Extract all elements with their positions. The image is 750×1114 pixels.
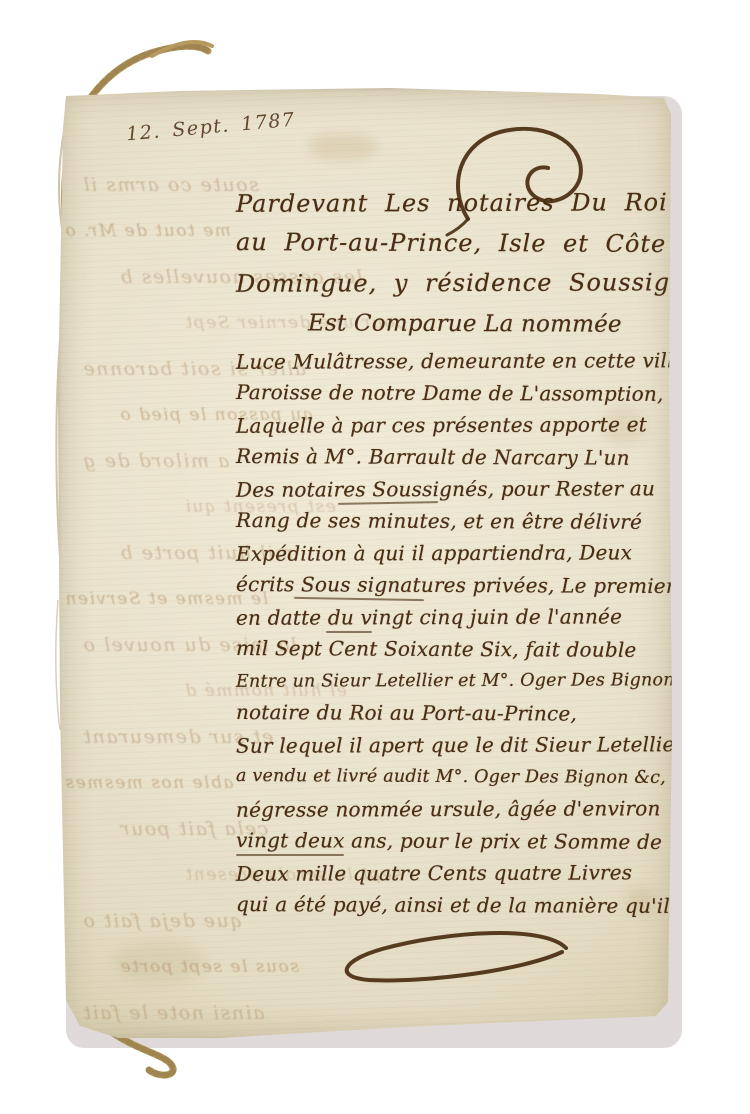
manuscript-page: soute co arms ilme tout de Mr. oles cess… <box>58 88 674 1040</box>
paper-edge-shading <box>58 88 674 1040</box>
thread-top-spur-icon <box>152 42 212 56</box>
photo-of-manuscript: soute co arms ilme tout de Mr. oles cess… <box>0 0 750 1114</box>
edge-fiber-icon <box>56 600 60 730</box>
